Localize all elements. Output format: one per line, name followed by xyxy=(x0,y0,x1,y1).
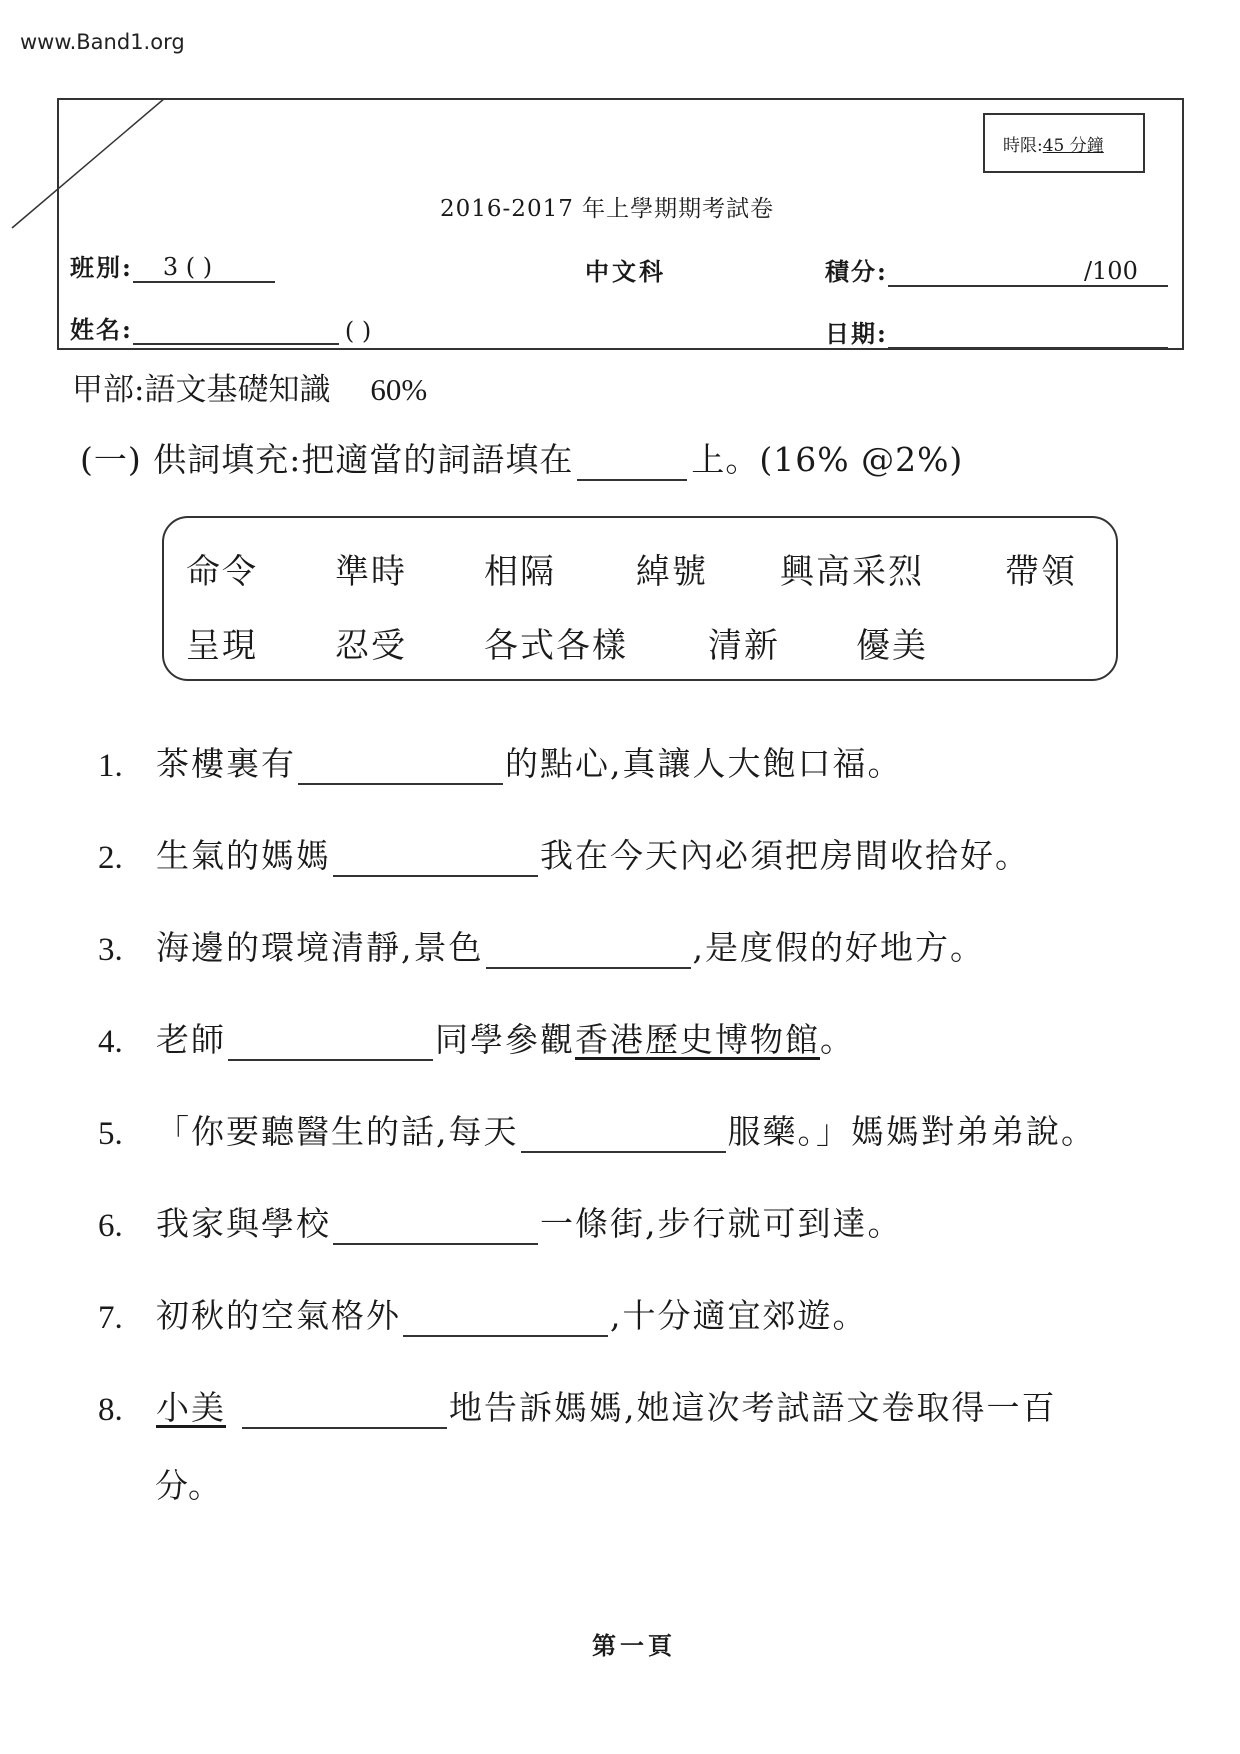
question-8-continuation: 分。 xyxy=(155,1460,221,1507)
question-text: 海邊的環境清靜,景色 xyxy=(156,922,484,969)
question-text: 服藥。」媽媽對弟弟說。 xyxy=(728,1106,1097,1153)
question-6: 6. 我家與學校 一條街,步行就可到達。 xyxy=(98,1198,903,1245)
question-5: 5. 「你要聽醫生的話,每天 服藥。」媽媽對弟弟說。 xyxy=(98,1106,1096,1153)
watermark: www.Band1.org xyxy=(20,30,185,54)
word-bank-item: 呈現 xyxy=(186,618,258,667)
question-text: 的點心,真讓人大飽口福。 xyxy=(505,738,903,785)
question-text: ,是度假的好地方。 xyxy=(693,922,986,969)
question-number: 6. xyxy=(98,1208,156,1245)
question-instruction: (一) 供詞填充:把適當的詞語填在 xyxy=(80,440,573,479)
class-field: 班別: 3 ( ) xyxy=(70,248,275,283)
time-limit-value: 45 分鐘 xyxy=(1043,131,1104,156)
time-limit-box: 時限: 45 分鐘 xyxy=(983,113,1145,173)
answer-blank[interactable] xyxy=(298,751,503,785)
answer-blank[interactable] xyxy=(403,1303,608,1337)
word-bank-box xyxy=(162,516,1118,681)
name-field: 姓名: ( ) xyxy=(70,310,371,345)
word-bank-item: 清新 xyxy=(708,618,780,667)
word-bank-item: 興高采烈 xyxy=(780,544,924,593)
question-3: 3. 海邊的環境清靜,景色 ,是度假的好地方。 xyxy=(98,922,985,969)
question-2: 2. 生氣的媽媽 我在今天內必須把房間收拾好。 xyxy=(98,830,1030,877)
time-limit-label: 時限: xyxy=(1003,131,1043,156)
question-number: 8. xyxy=(98,1392,156,1429)
question-text: 「你要聽醫生的話,每天 xyxy=(156,1106,519,1153)
question-text: 一條街,步行就可到達。 xyxy=(540,1198,903,1245)
score-field: 積分: /100 xyxy=(825,252,1168,287)
question-number: 3. xyxy=(98,932,156,969)
question-8: 8. 小美 地告訴媽媽,她這次考試語文卷取得一百 xyxy=(98,1382,1057,1429)
word-bank-item: 綽號 xyxy=(636,544,708,593)
example-blank xyxy=(577,451,687,481)
proper-noun: 小美 xyxy=(156,1382,226,1429)
word-bank-item: 命令 xyxy=(186,544,258,593)
date-label: 日期: xyxy=(825,314,888,349)
word-bank-item: 各式各樣 xyxy=(484,618,628,667)
class-input[interactable]: 3 ( ) xyxy=(133,253,275,283)
question-number: 4. xyxy=(98,1024,156,1061)
question-1: 1. 茶樓裏有 的點心,真讓人大飽口福。 xyxy=(98,738,903,785)
word-bank-item: 準時 xyxy=(335,544,407,593)
date-input[interactable] xyxy=(888,319,1168,349)
question-number: 5. xyxy=(98,1116,156,1153)
question-text: 同學參觀 xyxy=(435,1014,575,1061)
answer-blank[interactable] xyxy=(333,1211,538,1245)
question-number: 1. xyxy=(98,748,156,785)
question-text: 我家與學校 xyxy=(156,1198,331,1245)
question-text: 茶樓裏有 xyxy=(156,738,296,785)
question-group-title: (一) 供詞填充:把適當的詞語填在上。(16% @2%) xyxy=(80,434,963,481)
section-title: 甲部:語文基礎知識 xyxy=(72,372,330,408)
question-text: ,十分適宜郊遊。 xyxy=(610,1290,868,1337)
section-weight: 60% xyxy=(370,372,427,407)
section-heading: 甲部:語文基礎知識 60% xyxy=(72,364,427,409)
answer-blank[interactable] xyxy=(486,935,691,969)
question-text: 我在今天內必須把房間收拾好。 xyxy=(540,830,1030,877)
name-label: 姓名: xyxy=(70,310,133,345)
score-label: 積分: xyxy=(825,252,888,287)
question-text: 生氣的媽媽 xyxy=(156,830,331,877)
subject-label: 中文科 xyxy=(585,252,666,287)
question-marks: 上。(16% @2%) xyxy=(691,440,963,479)
question-text: 地告訴媽媽,她這次考試語文卷取得一百 xyxy=(449,1382,1057,1429)
question-number: 2. xyxy=(98,840,156,877)
question-text: 初秋的空氣格外 xyxy=(156,1290,401,1337)
word-bank-item: 相隔 xyxy=(484,544,556,593)
answer-blank[interactable] xyxy=(242,1395,447,1429)
class-label: 班別: xyxy=(70,248,133,283)
word-bank-item: 忍受 xyxy=(335,618,407,667)
question-number: 7. xyxy=(98,1300,156,1337)
answer-blank[interactable] xyxy=(228,1027,433,1061)
answer-blank[interactable] xyxy=(521,1119,726,1153)
page-number: 第一頁 xyxy=(592,1626,676,1661)
word-bank-item: 帶領 xyxy=(1005,544,1077,593)
date-field: 日期: xyxy=(825,314,1168,349)
word-bank-item: 優美 xyxy=(856,618,928,667)
name-input[interactable] xyxy=(133,315,339,345)
answer-blank[interactable] xyxy=(333,843,538,877)
class-number-input[interactable]: ( ) xyxy=(345,317,371,345)
question-4: 4. 老師 同學參觀 香港歷史博物館 。 xyxy=(98,1014,855,1061)
proper-noun: 香港歷史博物館 xyxy=(575,1014,820,1061)
question-text: 老師 xyxy=(156,1014,226,1061)
question-7: 7. 初秋的空氣格外 ,十分適宜郊遊。 xyxy=(98,1290,868,1337)
exam-title: 2016-2017 年上學期期考試卷 xyxy=(440,190,774,223)
question-text: 。 xyxy=(820,1014,855,1061)
score-input[interactable]: /100 xyxy=(888,257,1168,287)
